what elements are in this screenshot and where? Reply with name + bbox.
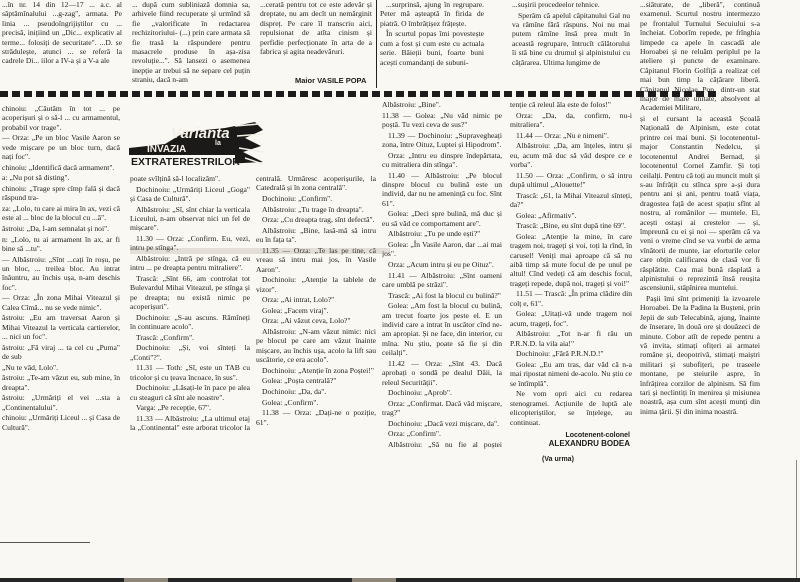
paragraph: ... după cum subliniază domnia sa, arhiv… [132,0,250,85]
edge-segment [352,578,396,582]
paragraph: Golea: „Poșta centrală?" [256,376,376,385]
paragraph: 11.33 — Albăstroiu: „La ultimul etaj la … [130,414,250,432]
paragraph: Dochinoiu: „Confirm". [256,194,376,203]
paragraph: Trască: „Ai fost la blocul cu bulină?" [382,291,502,300]
paragraph: 11.38 — Golea: „Nu văd nimic pe poștă. T… [382,111,502,130]
paragraph: Varga: „Pe recepție, 67". [130,403,250,412]
top-column-3: ...cerată pentru tot ce este adevăr și d… [260,0,372,72]
paragraph: Golea: „Eu am tras, dar văd că n-a mai r… [510,360,632,388]
paragraph: Golea: „Atenție la mine, în care tragem … [510,232,632,288]
continued-note: (Va urma) [542,456,574,463]
paragraph: ...în nr. 14 din 12—17 ... a.c. al săptă… [2,0,122,66]
dashed-separator [0,91,720,97]
paragraph: tenție că releul ăla este de folos!" [510,100,632,109]
paragraph: Trască: „Bine, eu sînt după tine 69". [510,221,632,230]
paragraph: chinoiu: „Urmăriți Liceul ... și Casa de… [2,413,120,432]
paragraph: ...sușirii procedeelor tehnice. [512,0,630,9]
paragraph: a: „Nu pot să disting". [2,173,120,182]
paragraph: — Orza: „În zona Mihai Viteazul și Calea… [2,293,120,312]
svg-text:Varianta: Varianta [171,125,230,142]
paragraph: Pașii îmi sînt primeniți la izvoarele Ho… [640,294,760,416]
paragraph: za: „Lolo, tu care ai mira în ax, vezi c… [2,204,120,223]
page-edge [796,460,797,578]
paragraph: Orza: „Cu dreapta trag, sînt defectă". [256,215,376,224]
paragraph: Dochinoiu: „Atenție la tablele de vizor"… [256,275,376,294]
paragraph: Golea: „Facem viraj". [256,306,376,315]
paragraph: Golea: „Confirm". [256,398,376,407]
paragraph: Dochinoiu: „Și, voi sînteți la „Conti"?"… [130,343,250,362]
paragraph: Albăstroiu: „Intră pe stînga, că eu intr… [130,254,250,273]
paragraph: Dochinoiu: „Atenție în zona Poștei!" [256,366,376,375]
paragraph: ăstroiu: „Te-am văzut eu, sub mine, în d… [2,373,120,392]
paragraph: 11.39 — Dochinoiu: „Supravegheați zona, … [382,131,502,150]
top-column-2: ... după cum subliniază domnia sa, arhiv… [132,0,250,88]
paragraph: — Albăstroiu: „Sînt ...cați în roșu, pe … [2,255,120,293]
article-banner-logo: Varianta la INVAZIA EXTRATERESTRILOR [125,118,265,170]
paragraph: 11.40 — Albăstroiu: „Pe blocul dinspre b… [382,171,502,209]
paragraph: ...siăturate, de „liberă", continuă exam… [640,0,760,113]
scan-fold-artifact [130,248,390,254]
paragraph: ăstroiu: „Urmăriți el vei ...sta a „Cont… [2,393,120,412]
paragraph: — Orza: „Luați legătura telefonică cu po… [2,433,120,434]
paragraph: Orza: „Ai văzut ceva, Lolo?" [256,316,376,325]
paragraph: Dochinoiu: „Urmăriți Liceul „Goga" și Ca… [130,185,250,204]
paragraph: Orza: „Da, da, confirm, nu-i mitraliera"… [510,111,632,130]
svg-text:la: la [215,140,221,147]
paragraph: Albăstroiu: „N-am văzut nimic: nici pe b… [256,327,376,365]
top-column-1: ...în nr. 14 din 12—17 ... a.c. al săptă… [2,0,122,88]
paragraph: Albăstroiu: „Sî, sînt chiar la verticala… [130,205,250,233]
column-1: chinoiu: „Căutăm în tot ... pe acoperișu… [2,104,120,434]
paragraph: Sperăm că apelul căpitanului Gal nu va r… [512,11,630,67]
paragraph: poate svîlțină să-l localizăm". [130,174,250,183]
paragraph: Orza: „Ai intrat, Lolo?" [256,295,376,304]
author-rank: Locotenent-colonel [540,432,630,439]
scan-line-artifact [0,542,90,543]
paragraph: Orza: „Intru eu dinspre îndepărtata, cu … [382,151,502,170]
paragraph: Albăstroiu: „Să nu fie al poștei cumva?" [382,440,502,450]
paragraph: 11.41 — Albăstroiu: „Sînt oameni care um… [382,271,502,290]
paragraph: În scurtul popas îmi povestește cum a fo… [380,29,484,67]
newspaper-page: ...în nr. 14 din 12—17 ... a.c. al săptă… [0,0,800,582]
paragraph: „Nu te văd, Lolo". [2,363,120,372]
edge-segment [124,578,168,582]
svg-text:EXTRATERESTRILOR: EXTRATERESTRILOR [131,156,240,168]
paragraph: Dochinoiu: „Dacă vezi mișcare, da". [382,419,502,428]
paragraph: 11.44 — Orza: „Nu e nimeni". [510,131,632,140]
author-signature-block: Locotenent-colonel ALEXANDRU BODEA [540,432,630,448]
paragraph: Dochinoiu: „Fără P.R.N.D.!" [510,349,632,358]
paragraph: Albăstroiu: „Bine, lasă-mă să intru eu î… [256,226,376,245]
paragraph: Golea: „Sînt pe Mihai Viteazul, mă întor… [256,428,376,430]
banner-graphic: Varianta la INVAZIA EXTRATERESTRILOR [125,118,265,170]
paragraph: ăstroiu: „Da, l-am semnalat și noi". [2,224,120,233]
paragraph: Trască: „Confirm". [130,333,250,342]
paragraph: chinoiu: „Trage spre cîmp fală și dacă r… [2,184,120,203]
paragraph: Orza: „Confirmat. Dacă văd mișcare, trag… [382,399,502,418]
paragraph: Albăstroiu: „Tu trage în dreapta". [256,205,376,214]
paragraph: ăstroiu: „Eu am traversat Aaron și Mihai… [2,313,120,341]
paragraph: Golea: „Deci spre bulină, mă duc și eu s… [382,209,502,228]
paragraph: 11.31 — Toth: „Sî, este un TAB cu tricol… [130,363,250,382]
paragraph: Dochinoiu: „Aprob". [382,388,502,397]
paragraph: Albăstroiu: „Da, am înțeles, intru și eu… [510,141,632,169]
column-divider [376,0,377,88]
column-2: poate svîlțină să-l localizăm". Dochinoi… [130,174,250,432]
paragraph: Dochinoiu: „Lăsați-le în pace pe alea cu… [130,383,250,402]
paragraph: și el cursant la această Școală Național… [640,114,760,293]
paragraph: ăstroiu: „Fă viraj ... ta cel cu „Puma" … [2,343,120,362]
paragraph: 11.51 — Trască: „În prima clădire din co… [510,289,632,308]
paragraph: ...cerată pentru tot ce este adevăr și d… [260,0,372,56]
paragraph: Golea: „Afirmativ". [510,211,632,220]
scan-bottom-edge [0,578,800,582]
column-4: Albăstroiu: „Bine". 11.38 — Golea: „Nu v… [382,100,502,450]
top-column-5: ...sușirii procedeelor tehnice. Sperăm c… [512,0,630,88]
column-5: tenție că releul ăla este de folos!" Orz… [510,100,632,430]
paragraph: 11.42 — Orza: „Sînt 43. Dacă aprobați o … [382,359,502,387]
paragraph: Trască: „Sînt 66, am controlat tot Bulev… [130,274,250,312]
paragraph: Golea: „În Vasile Aaron, dar ...ai mai j… [382,240,502,259]
paragraph: chinoiu: „Căutăm în tot ... pe acoperișu… [2,104,120,132]
paragraph: Albăstroiu: „Tot n-ar fi rău un P.R.N.D.… [510,329,632,348]
author-name: ALEXANDRU BODEA [540,439,630,448]
paragraph: Dochinoiu: „S-au ascuns. Rămîneți în con… [130,313,250,332]
paragraph: Albăstroiu: „Tu pe unde ești?" [382,229,502,238]
paragraph: Orza: „Confirm". [382,429,502,438]
top-column-4: ...surprinsă, ajung în regrupare. Peter … [380,0,484,88]
paragraph: n: „Lolo, tu ai armament în ax, ar fi bi… [2,235,120,254]
paragraph: chinoiu: „Identifică dacă armament". [2,163,120,172]
paragraph: Orza: „Acum intru și eu pe Oituz". [382,260,502,269]
svg-text:INVAZIA: INVAZIA [147,144,186,155]
paragraph: ...surprinsă, ajung în regrupare. Peter … [380,0,484,28]
paragraph: — Orza: „Pe un bloc Vasile Aaron se vede… [2,133,120,161]
paragraph: Golea: „Am fost la blocul cu bulină, am … [382,301,502,357]
paragraph: Dochinoiu: „Da, da". [256,387,376,396]
column-3: centrală. Urmăresc acoperișurile, la Cat… [256,174,376,430]
paragraph: Albăstroiu: „Bine". [382,100,502,109]
paragraph: Golea: „Uitați-vă unde tragem noi acum, … [510,309,632,328]
paragraph: Ne vom opri aici cu redarea stenogramei.… [510,389,632,427]
column-6: ...siăturate, de „liberă", continuă exam… [640,0,760,560]
paragraph: centrală. Urmăresc acoperișurile, la Cat… [256,174,376,193]
paragraph: 11.38 — Orza: „Dați-ne o poziție, 61". [256,408,376,427]
paragraph: Trască: „61, la Mihai Viteazul sînteți, … [510,191,632,210]
author-signature-top: Maior VASILE POPA [295,76,366,85]
paragraph: 11.50 — Orza: „Confirm, o să intru după … [510,171,632,190]
